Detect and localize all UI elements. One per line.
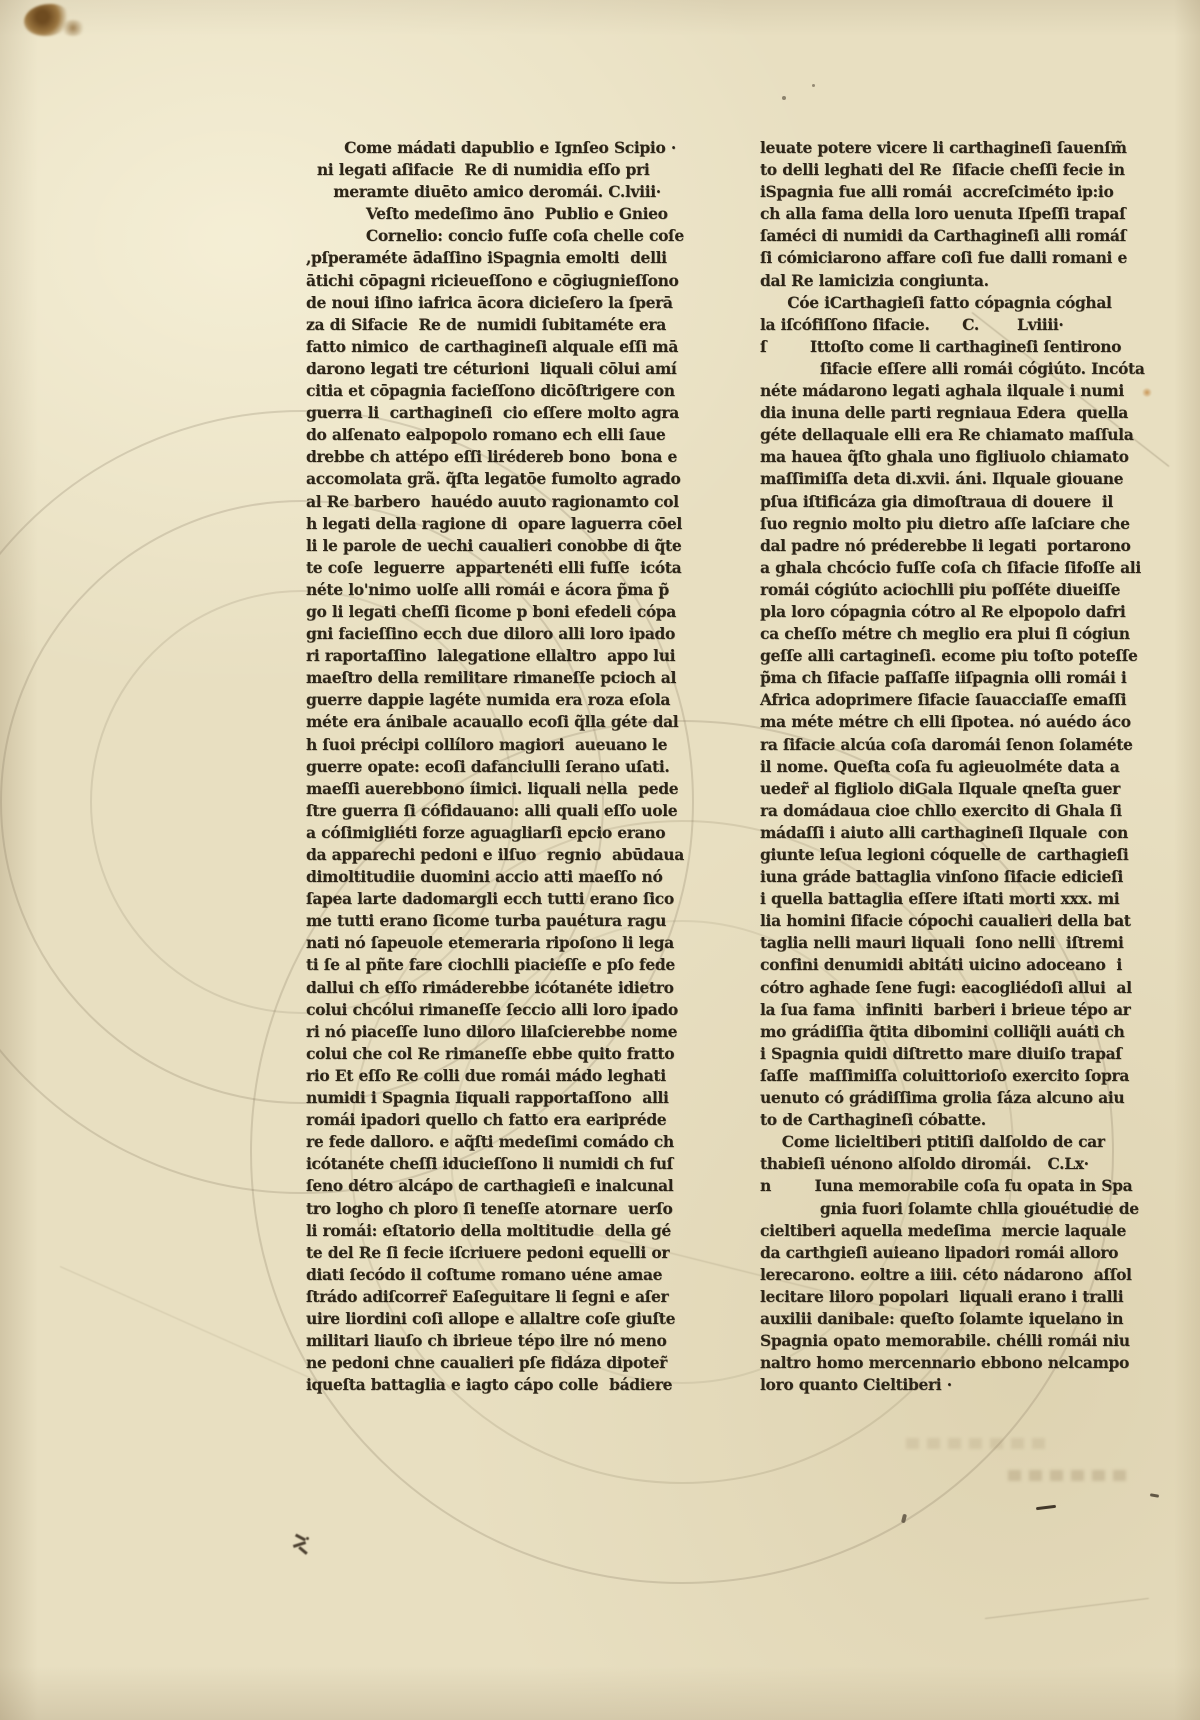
text-line: dia inuna delle parti regniaua Edera que… xyxy=(760,402,1118,424)
text-line: p̃ma ch ſifacie paſſaſſe iiſpagnia olli … xyxy=(760,667,1118,689)
text-line: citia et cōpagnia facieſſono dicōſtriger… xyxy=(306,380,664,402)
text-line: rio Et eſſo Re colli due romái mádo legh… xyxy=(306,1065,664,1087)
text-line: ſ Ittoſto come li carthagineſi ſentirono xyxy=(760,336,1118,358)
text-line: n Iuna memorabile coſa fu opata in Spa xyxy=(760,1175,1118,1197)
text-line: go li legati cheſſi ſicome p boni efedel… xyxy=(306,601,664,623)
text-line: pſua iſtificáza gia dimoſtraua di douere… xyxy=(760,491,1118,513)
text-line: ra domádaua cioe chllo exercito di Ghala… xyxy=(760,800,1118,822)
text-line: numidi i Spagnia Iiquali rapportaſſono a… xyxy=(306,1087,664,1109)
text-line: da carthgieſi auieano lipadori romái all… xyxy=(760,1242,1118,1264)
text-line: maeſtro della remilitare rimaneſſe pcioc… xyxy=(306,667,664,689)
text-line: h legati della ragione di opare laguerra… xyxy=(306,513,664,535)
text-line: gnia fuori ſolamte chlla giouétudie de xyxy=(760,1198,1118,1220)
text-line: auxilii danibale: queſto ſolamte iquelan… xyxy=(760,1308,1118,1330)
text-line: ,pſperaméte ādaſſino iSpagnia emolti del… xyxy=(306,247,664,269)
text-line: colui che col Re rimaneſſe ebbe quito fr… xyxy=(306,1043,664,1065)
text-line: ſuo regnio molto piu dietro aſſe laſciar… xyxy=(760,513,1118,535)
text-line: te del Re ſi fecie iſcriuere pedoni eque… xyxy=(306,1242,664,1264)
text-line: ſaſſe maſſimiſſa coluittorioſo exercito … xyxy=(760,1065,1118,1087)
text-line: Come mádati dapublio e Ignſeo Scipio · xyxy=(306,137,664,159)
text-line: dal Re lamicizia congiunta. xyxy=(760,270,1118,292)
text-line: cieltiberi aquella medeſima mercie laqua… xyxy=(760,1220,1118,1242)
text-line: gni facieſſino ecch due diloro alli loro… xyxy=(306,623,664,645)
text-line: pla loro cópagnia cótro al Re elpopolo d… xyxy=(760,601,1118,623)
text-line: colui chcólui rimaneſſe ſeccio alli loro… xyxy=(306,999,664,1021)
paper-stain xyxy=(1142,388,1152,397)
text-line: Spagnia opato memorabile. chélli romái n… xyxy=(760,1330,1118,1352)
text-line: li romái: eſtatorio della moltitudie del… xyxy=(306,1220,664,1242)
text-line: ſapea larte dadomargli ecch tutti erano … xyxy=(306,888,664,910)
text-line: nati nó ſapeuole etemeraria ripoſono li … xyxy=(306,932,664,954)
text-line: ch alla fama della loro uenuta Iſpeſſi t… xyxy=(760,203,1118,225)
text-line: loro quanto Cieltiberi · xyxy=(760,1374,1118,1396)
corner-stain xyxy=(60,20,86,36)
text-line: uenuto có grádiſſima grolia ſáza alcuno … xyxy=(760,1087,1118,1109)
text-line: Cornelio: concio fuſſe coſa chelle coſe xyxy=(306,225,664,247)
text-line: guerre dappie lagéte numida era roza eſo… xyxy=(306,689,664,711)
text-line: a cóſimigliéti forze aguagliarſi epcio e… xyxy=(306,822,664,844)
text-line: il nome. Queſta coſa fu agieuolméte data… xyxy=(760,756,1118,778)
text-line: lia homini ſifacie cópochi caualieri del… xyxy=(760,910,1118,932)
showthrough-text-ghost xyxy=(906,1438,1046,1449)
text-line: do alſenato ealpopolo romano ech elli ſa… xyxy=(306,424,664,446)
text-line: ueder̃ al figliolo diGala Ilquale qneſta… xyxy=(760,778,1118,800)
text-line: h ſuoi précipi collíloro magiori aueuano… xyxy=(306,734,664,756)
text-line: ſeno détro alcápo de carthagieſi e inalc… xyxy=(306,1175,664,1197)
text-line: da apparechi pedoni e ilſuo regnio abūda… xyxy=(306,844,664,866)
text-line: ātichi cōpagni ricieueſſono e cōgiugnieſ… xyxy=(306,270,664,292)
text-line: mo grádiſſia q̃tita dibomini colliq̃li a… xyxy=(760,1021,1118,1043)
text-line: ne pedoni chne caualieri pſe fidáza dipo… xyxy=(306,1352,664,1374)
text-line: de noui iſino iafrica ācora dicieſero la… xyxy=(306,292,664,314)
text-line: lerecarono. eoltre a iiii. céto nádarono… xyxy=(760,1264,1118,1286)
text-line: iuna gráde battaglia vinſono ſifacie edi… xyxy=(760,866,1118,888)
text-column-right: leuate potere vicere li carthagineſi ſau… xyxy=(760,137,1118,1396)
text-line: za di Sifacie Re de numidi ſubitaméte er… xyxy=(306,314,664,336)
text-line: drebbe ch attépo eſſi lirédereb bono bon… xyxy=(306,446,664,468)
crease-line xyxy=(985,1598,1149,1619)
text-line: ra ſifacie alcúa coſa daromái ſenon ſola… xyxy=(760,734,1118,756)
text-line: géte dellaquale elli era Re chiamato maſ… xyxy=(760,424,1118,446)
text-line: geſſe alli cartagineſi. ecome piu toſto … xyxy=(760,645,1118,667)
text-line: tro logho ch ploro ſi teneſſe atornare u… xyxy=(306,1198,664,1220)
text-line: méte era ánibale acauallo ecoſi q̃lla gé… xyxy=(306,711,664,733)
text-line: meramte diuēto amico deromái. C.lviii· xyxy=(306,181,664,203)
text-line: dallui ch eſſo rimáderebbe icótanéte idi… xyxy=(306,977,664,999)
text-line: ma hauea q̃ſto ghala uno figliuolo chiam… xyxy=(760,446,1118,468)
text-line: ri nó piaceſſe luno diloro lilaſcierebbe… xyxy=(306,1021,664,1043)
text-line: la iſcófiſſono ſifacie. C. Lviiii· xyxy=(760,314,1118,336)
text-line: ſtre guerra ſi cófidauano: alli quali eſ… xyxy=(306,800,664,822)
text-line: ſi cómiciarono affare coſi fue dalli rom… xyxy=(760,247,1118,269)
text-line: cótro aghade ſene fugi: eacogliédoſi all… xyxy=(760,977,1118,999)
text-line: fatto nimico de carthagineſi alquale eſſ… xyxy=(306,336,664,358)
text-line: me tutti erano ſicome turba pauétura rag… xyxy=(306,910,664,932)
text-line: maeſſi auerebbono íimici. liquali nella … xyxy=(306,778,664,800)
ink-speck xyxy=(1036,1505,1056,1510)
text-line: li le parole de uechi caualieri conobbe … xyxy=(306,535,664,557)
manuscript-page-scan: Come mádati dapublio e Ignſeo Scipio · n… xyxy=(0,0,1200,1720)
text-line: naltro homo mercennario ebbono nelcampo xyxy=(760,1352,1118,1374)
text-line: taglia nelli mauri liquali ſono nelli iſ… xyxy=(760,932,1118,954)
text-line: ti ſe al pñte fare ciochlli piacieſſe e … xyxy=(306,954,664,976)
text-line: ſifacie eſſere alli romái cógiúto. Incót… xyxy=(760,358,1118,380)
showthrough-text-ghost xyxy=(1008,1470,1126,1481)
text-line: re fede dalloro. e aq̃ſti medeſimi comád… xyxy=(306,1131,664,1153)
text-line: néte mádarono legati aghala ilquale i nu… xyxy=(760,380,1118,402)
text-line: maſſimiſſa deta di.xvii. áni. Ilquale gi… xyxy=(760,468,1118,490)
text-line: i quella battaglia eſſere iſtati morti x… xyxy=(760,888,1118,910)
text-line: militari liauſo ch ibrieue tépo ilre nó … xyxy=(306,1330,664,1352)
text-line: romái cógiúto aciochlli piu poſſéte diue… xyxy=(760,579,1118,601)
text-line: to de Carthagineſi cóbatte. xyxy=(760,1109,1118,1131)
text-line: Africa adoprimere ſifacie ſauacciaſſe em… xyxy=(760,689,1118,711)
text-line: thabieſi uénono alſoldo diromái. C.Lx· xyxy=(760,1153,1118,1175)
text-line: darono legati tre céturioni liquali cōlu… xyxy=(306,358,664,380)
text-line: icótanéte cheſſi iducieſſono li numidi c… xyxy=(306,1153,664,1175)
text-line: ſaméci di numidi da Carthagineſi alli ro… xyxy=(760,225,1118,247)
text-line: diati ſecódo il coſtume romano uéne amae xyxy=(306,1264,664,1286)
text-line: to delli leghati del Re ſifacie cheſſi f… xyxy=(760,159,1118,181)
text-line: la ſua fama infiniti barberi i brieue té… xyxy=(760,999,1118,1021)
text-line: lecitare liloro popolari liquali erano i… xyxy=(760,1286,1118,1308)
text-column-left: Come mádati dapublio e Ignſeo Scipio · n… xyxy=(306,137,664,1396)
text-line: guerre opate: ecoſi dafanciulli ſerano u… xyxy=(306,756,664,778)
text-line: i Spagnia quidi diſtretto mare diuiſo tr… xyxy=(760,1043,1118,1065)
text-line: guerra li carthagineſi cio eſſere molto … xyxy=(306,402,664,424)
text-line: mádaſſi i aiuto alli carthagineſi Ilqual… xyxy=(760,822,1118,844)
text-line: dimoltitudiie duomini accio atti maeſſo … xyxy=(306,866,664,888)
text-line: néte lo'nimo uolſe alli romái e ácora p̃… xyxy=(306,579,664,601)
text-line: ni legati aſifacie Re di numidia eſſo pr… xyxy=(306,159,664,181)
margin-ink-mark xyxy=(292,1534,314,1562)
text-line: al Re barbero hauédo auuto ragionamto co… xyxy=(306,491,664,513)
text-line: Come licieltiberi ptitiſi dalſoldo de ca… xyxy=(760,1131,1118,1153)
text-line: Veſto medeſimo āno Publio e Gnieo xyxy=(306,203,664,225)
text-line: te coſe leguerre appartenéti elli fuſſe … xyxy=(306,557,664,579)
text-line: iqueſta battaglia e iagto cápo colle bád… xyxy=(306,1374,664,1396)
text-line: Cóe iCarthagieſi fatto cópagnia cóghal xyxy=(760,292,1118,314)
text-line: ſtrádo adiſcorrer̃ Eaſeguitare li ſegni … xyxy=(306,1286,664,1308)
text-line: confini denumidi abitáti uicino adoceano… xyxy=(760,954,1118,976)
text-line: romái ipadori quello ch fatto era earipr… xyxy=(306,1109,664,1131)
text-line: accomolata grã. q̃ſta legatōe fumolto ag… xyxy=(306,468,664,490)
ink-speck xyxy=(1150,1493,1159,1498)
text-line: a ghala chcócio fuſſe coſa ch ſifacie ſi… xyxy=(760,557,1118,579)
text-line: giunte leſua legioni cóquelle de carthag… xyxy=(760,844,1118,866)
ink-speck xyxy=(782,96,786,100)
text-line: iSpagnia fue alli romái accreſciméto ip:… xyxy=(760,181,1118,203)
text-line: ri raportaſſino lalegatione ellaltro app… xyxy=(306,645,664,667)
text-line: uire liordini coſi allope e allaltre coſ… xyxy=(306,1308,664,1330)
text-line: leuate potere vicere li carthagineſi ſau… xyxy=(760,137,1118,159)
text-line: ca cheſſo métre ch meglio era plui ſi có… xyxy=(760,623,1118,645)
text-line: ma méte métre ch elli ſipotea. nó auédo … xyxy=(760,711,1118,733)
text-line: dal padre nó préderebbe li legati portar… xyxy=(760,535,1118,557)
ink-speck xyxy=(812,84,815,87)
